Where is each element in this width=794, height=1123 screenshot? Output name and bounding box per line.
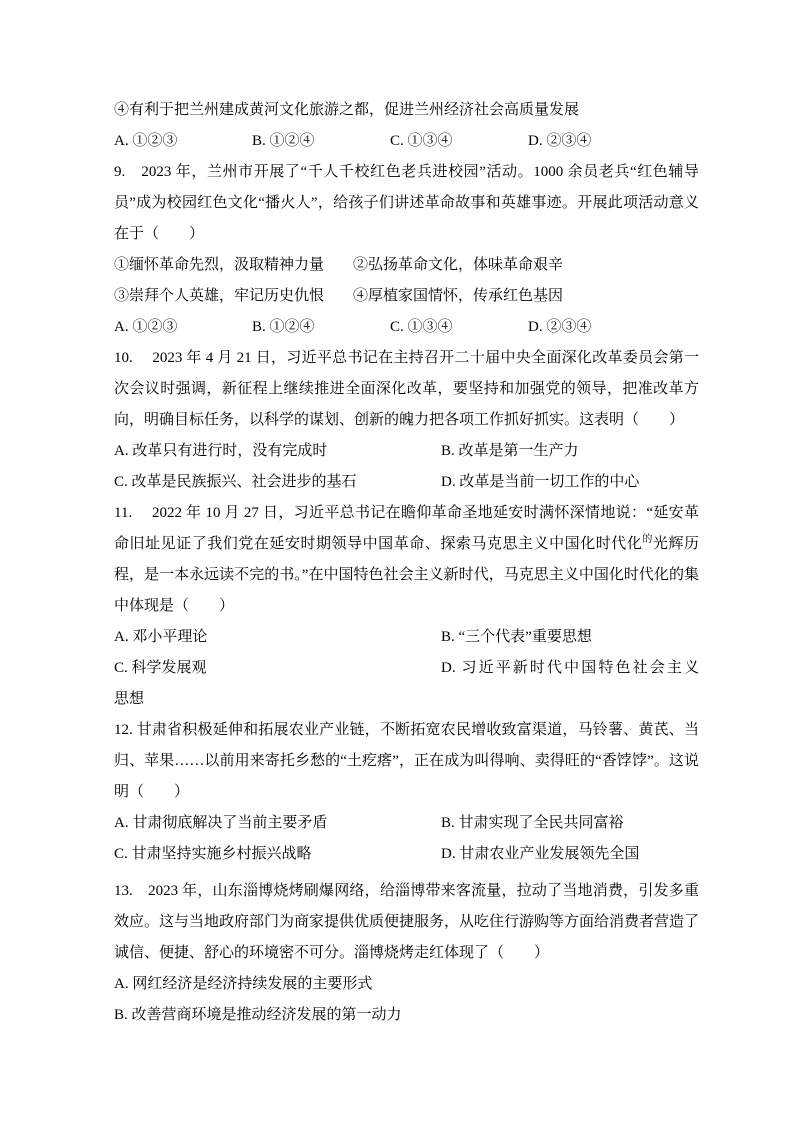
q12-option-b: B. 甘肃实现了全民共同富裕 (441, 808, 699, 839)
q9-subitem-2: ②弘扬革命文化，体味革命艰辛 (353, 250, 699, 281)
q9-option-b: B. ①②④ (252, 312, 390, 343)
q11-stem-pre: 11. 2022 年 10 月 27 日，习近平总书记在瞻仰革命圣地延安时满怀深… (114, 505, 699, 552)
q9-option-a: A. ①②③ (114, 312, 252, 343)
q12-stem: 12. 甘肃省积极延伸和拓展农业产业链，不断拓宽农民增收致富渠道，马铃薯、黄芪、… (114, 715, 699, 808)
q11-option-c: C. 科学发展观 (114, 653, 441, 684)
q11-option-a: A. 邓小平理论 (114, 622, 441, 653)
q11-option-b: B. “三个代表”重要思想 (441, 622, 699, 653)
q11-options-row-2: C. 科学发展观 D. 习近平新时代中国特色社会主义 (114, 653, 699, 684)
q12-option-a: A. 甘肃彻底解决了当前主要矛盾 (114, 808, 441, 839)
q9-subitem-4: ④厚植家国情怀，传承红色基因 (353, 281, 699, 312)
q13-stem: 13. 2023 年，山东淄博烧烤刷爆网络，给淄博带来客流量，拉动了当地消费，引… (114, 876, 699, 969)
q11-stem: 11. 2022 年 10 月 27 日，习近平总书记在瞻仰革命圣地延安时满怀深… (114, 498, 699, 622)
q10-options-row-2: C. 改革是民族振兴、社会进步的基石 D. 改革是当前一切工作的中心 (114, 467, 699, 498)
q8-option-b: B. ①②④ (252, 126, 390, 157)
q11-option-d: D. 习近平新时代中国特色社会主义 (441, 653, 699, 684)
q10-stem: 10. 2023 年 4 月 21 日，习近平总书记在主持召开二十届中央全面深化… (114, 343, 699, 436)
q10-option-b: B. 改革是第一生产力 (441, 436, 699, 467)
q10-option-c: C. 改革是民族振兴、社会进步的基石 (114, 467, 441, 498)
q9-subitem-1: ①缅怀革命先烈，汲取精神力量 (114, 250, 353, 281)
q10-option-d: D. 改革是当前一切工作的中心 (441, 467, 699, 498)
q9-option-d: D. ②③④ (528, 312, 699, 343)
q12-options-row-2: C. 甘肃坚持实施乡村振兴战略 D. 甘肃农业产业发展领先全国 (114, 839, 699, 870)
q8-option-d: D. ②③④ (528, 126, 699, 157)
q11-option-d-wrap: 思想 (114, 684, 699, 715)
q12-options-row-1: A. 甘肃彻底解决了当前主要矛盾 B. 甘肃实现了全民共同富裕 (114, 808, 699, 839)
q12-option-c: C. 甘肃坚持实施乡村振兴战略 (114, 839, 441, 870)
q13-option-a: A. 网红经济是经济持续发展的主要形式 (114, 969, 699, 1000)
q9-subitems-row-2: ③崇拜个人英雄，牢记历史仇恨 ④厚植家国情怀，传承红色基因 (114, 281, 699, 312)
q9-option-c: C. ①③④ (390, 312, 528, 343)
q9-options-row: A. ①②③ B. ①②④ C. ①③④ D. ②③④ (114, 312, 699, 343)
q8-subitem-4: ④有利于把兰州建成黄河文化旅游之都，促进兰州经济社会高质量发展 (114, 95, 699, 126)
q10-options-row-1: A. 改革只有进行时，没有完成时 B. 改革是第一生产力 (114, 436, 699, 467)
q8-options-row: A. ①②③ B. ①②④ C. ①③④ D. ②③④ (114, 126, 699, 157)
q8-option-c: C. ①③④ (390, 126, 528, 157)
q9-subitem-3: ③崇拜个人英雄，牢记历史仇恨 (114, 281, 353, 312)
exam-page: ④有利于把兰州建成黄河文化旅游之都，促进兰州经济社会高质量发展 A. ①②③ B… (0, 0, 794, 1123)
q9-stem: 9. 2023 年，兰州市开展了“千人千校红色老兵进校园”活动。1000 余员老… (114, 157, 699, 250)
q11-options-row-1: A. 邓小平理论 B. “三个代表”重要思想 (114, 622, 699, 653)
q9-subitems-row-1: ①缅怀革命先烈，汲取精神力量 ②弘扬革命文化，体味革命艰辛 (114, 250, 699, 281)
q11-stem-superscript: 的 (642, 534, 653, 545)
q8-option-a: A. ①②③ (114, 126, 252, 157)
q13-option-b: B. 改善营商环境是推动经济发展的第一动力 (114, 1000, 699, 1031)
q10-option-a: A. 改革只有进行时，没有完成时 (114, 436, 441, 467)
q12-option-d: D. 甘肃农业产业发展领先全国 (441, 839, 699, 870)
